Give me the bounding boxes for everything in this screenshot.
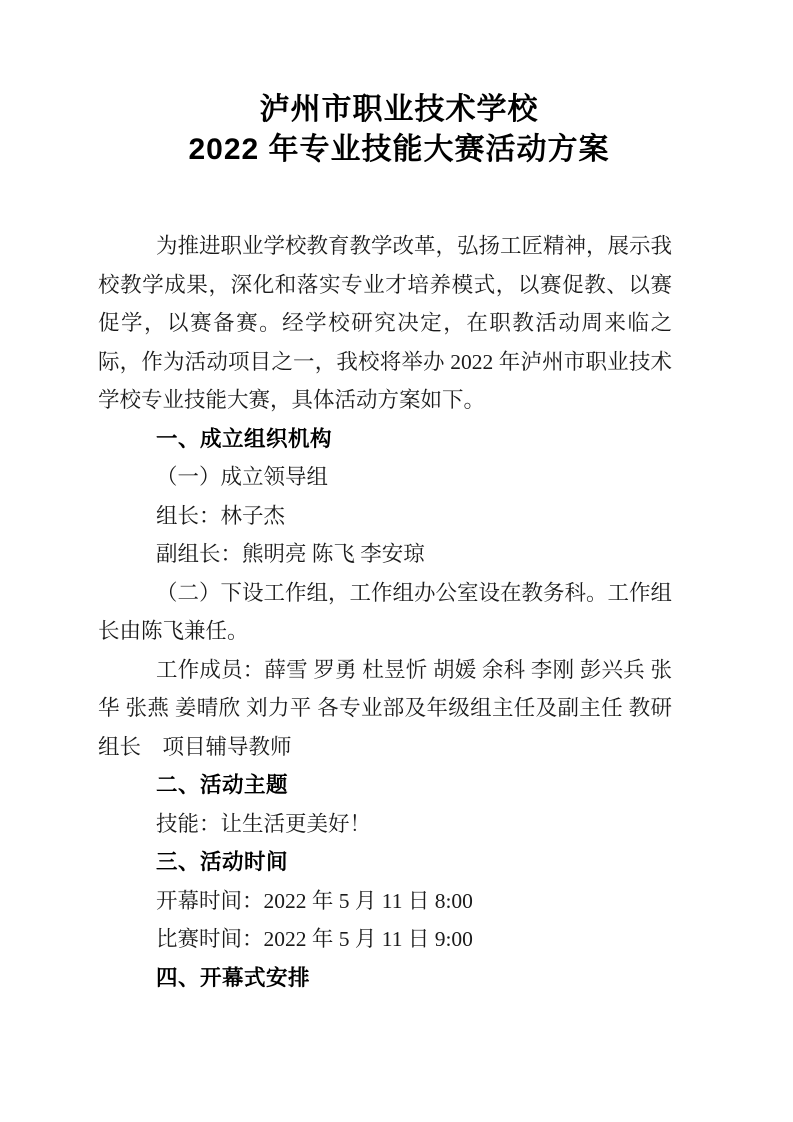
title-line-2: 2022 年专业技能大赛活动方案 — [126, 130, 672, 170]
body-paragraph: 组长：林子杰 — [98, 497, 672, 536]
section-heading: 一、成立组织机构 — [98, 420, 672, 459]
document-title: 泸州市职业技术学校 2022 年专业技能大赛活动方案 — [98, 90, 672, 170]
document-body: 为推进职业学校教育教学改革，弘扬工匠精神，展示我校教学成果，深化和落实专业才培养… — [98, 227, 672, 997]
body-paragraph: 开幕时间：2022 年 5 月 11 日 8:00 — [98, 882, 672, 921]
section-heading: 四、开幕式安排 — [98, 959, 672, 998]
body-paragraph: （一）成立领导组 — [98, 458, 672, 497]
body-paragraph: 为推进职业学校教育教学改革，弘扬工匠精神，展示我校教学成果，深化和落实专业才培养… — [98, 227, 672, 420]
document-page: 泸州市职业技术学校 2022 年专业技能大赛活动方案 为推进职业学校教育教学改革… — [0, 0, 793, 1122]
body-paragraph: 技能：让生活更美好！ — [98, 805, 672, 844]
body-paragraph: （二）下设工作组，工作组办公室设在教务科。工作组长由陈飞兼任。 — [98, 574, 672, 651]
body-paragraph: 副组长：熊明亮 陈飞 李安琼 — [98, 535, 672, 574]
document-screenshot: { "document": { "title_line1": "泸州市职业技术学… — [0, 0, 793, 1122]
title-line-1: 泸州市职业技术学校 — [126, 90, 672, 130]
section-heading: 三、活动时间 — [98, 843, 672, 882]
body-paragraph: 比赛时间：2022 年 5 月 11 日 9:00 — [98, 920, 672, 959]
section-heading: 二、活动主题 — [98, 766, 672, 805]
body-paragraph: 工作成员：薛雪 罗勇 杜昱忻 胡媛 余科 李刚 彭兴兵 张华 张燕 姜晴欣 刘力… — [98, 651, 672, 767]
